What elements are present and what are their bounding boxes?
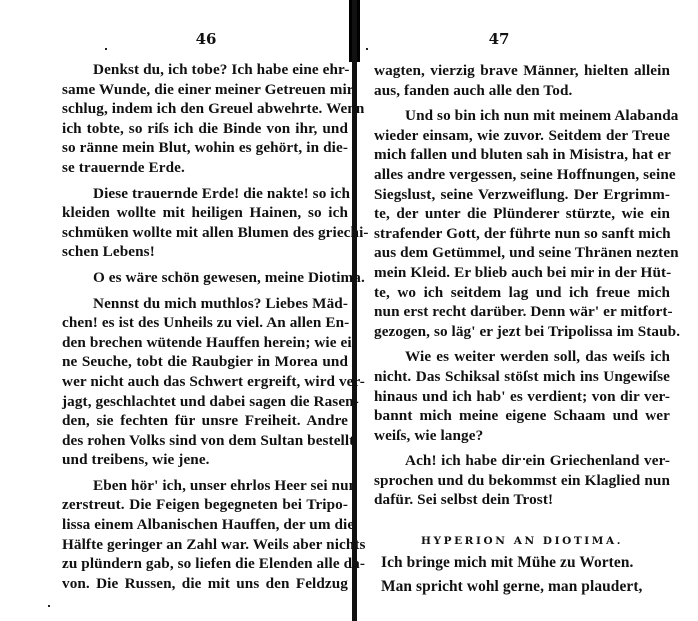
left-page-body: Denkst du, ich tobe? Ich habe eine ehr- … (62, 60, 348, 593)
text-line: zu plündern gab, so liefen die Elenden a… (62, 554, 348, 574)
verse-line: Ich bringe mich mit Mühe zu Worten. (374, 550, 670, 574)
text-line: den brechen wütende Hauffen herein; wie … (62, 333, 348, 353)
paragraph: Diese trauernde Erde! die nakte! so ich … (62, 184, 348, 262)
right-page-body: wagten, vierzig brave Männer, hielten al… (374, 61, 670, 598)
text-line: Ach! ich habe dir ein Griechenland ver- (374, 451, 670, 471)
text-line: Nennst du mich muthlos? Liebes Mäd- (62, 294, 348, 314)
text-line: strafender Gott, der führte nun so sanft… (374, 224, 670, 244)
paragraph: Ach! ich habe dir ein Griechenland ver- … (374, 451, 670, 510)
paragraph: Und so bin ich nun mit meinem Alabanda w… (374, 106, 670, 341)
text-line: jagt, geschlachtet und dabei sagen die R… (62, 392, 348, 412)
text-line: ne Seuche, tobt die Raubgier in Morea un… (62, 352, 348, 372)
text-line: zerstreut. Die Feigen begegneten bei Tri… (62, 495, 348, 515)
text-line: den, sie fechten für unsre Freiheit. And… (62, 411, 348, 431)
text-line: alles andre vergessen, seine Hoffnungen,… (374, 165, 670, 185)
text-line: wagten, vierzig brave Männer, hielten al… (374, 61, 670, 81)
text-line: bannt mich meine eigene Schaam und wer (374, 406, 670, 426)
paragraph: Wie es weiter werden soll, das weiſs ich… (374, 347, 670, 445)
text-line: gezogen, so läg' er jezt bei Tripolissa … (374, 322, 670, 342)
scan-speck (48, 605, 50, 607)
text-line: Hälfte geringer an Zahl war. Weils aber … (62, 535, 348, 555)
text-line: wer nicht auch das Schwert ergreift, wir… (62, 372, 348, 392)
text-line: schen Lebens! (62, 242, 348, 262)
section-heading: HYPERION AN DIOTIMA. (374, 528, 670, 550)
text-line: chen! es ist des Unheils zu viel. An all… (62, 313, 348, 333)
text-line: O es wäre schön gewesen, meine Diotima. (62, 268, 348, 288)
paragraph: Denkst du, ich tobe? Ich habe eine ehr- … (62, 60, 348, 178)
text-line: aus, fanden auch alle den Tod. (374, 81, 670, 101)
text-line: wieder einsam, wie zuvor. Seitdem der Tr… (374, 126, 670, 146)
text-line: same Wunde, die einer meiner Getreuen mi… (62, 80, 348, 100)
text-line: mich fallen und bluten sah in Misistra, … (374, 145, 670, 165)
right-page: 47 wagten, vierzig brave Männer, hielten… (358, 0, 698, 621)
text-line: nun erst recht darüber. Denn wär' er mit… (374, 302, 670, 322)
paragraph: O es wäre schön gewesen, meine Diotima. (62, 268, 348, 288)
text-line: hinaus und ich hab' es verdient; von dir… (374, 387, 670, 407)
text-line: des rohen Volks sind von dem Sultan best… (62, 431, 348, 451)
page-number-right: 47 (479, 30, 519, 48)
text-line: lissa einem Albanischen Hauffen, der um … (62, 515, 348, 535)
paragraph: Eben hör' ich, unser ehrlos Heer sei nun… (62, 476, 348, 594)
text-line: weiſs, wie lange? (374, 426, 670, 446)
text-line: Wie es weiter werden soll, das weiſs ich (374, 347, 670, 367)
text-line: schmüken wollte mit allen Blumen des gri… (62, 223, 348, 243)
paragraph: wagten, vierzig brave Männer, hielten al… (374, 61, 670, 100)
text-line: mein Kleid. Er blieb auch bei mir in der… (374, 263, 670, 283)
page-number-left: 46 (186, 30, 226, 48)
verse-line: Man spricht wohl gerne, man plaudert, (374, 574, 670, 598)
text-line: von. Die Russen, die mit uns den Feldzug (62, 574, 348, 594)
scan-speck (366, 48, 368, 50)
scan-speck (105, 48, 107, 50)
text-line: schlug, indem ich den Greuel abwehrte. W… (62, 99, 348, 119)
left-page: 46 Denkst du, ich tobe? Ich habe eine eh… (0, 0, 352, 621)
text-line: sprochen und du bekommst ein Klaglied nu… (374, 471, 670, 491)
text-line: te, der unter die Plünderer stürzte, wie… (374, 204, 670, 224)
text-line: nicht. Das Schiksal stöſst mich ins Unge… (374, 367, 670, 387)
text-line: dafür. Sei selbst dein Trost! (374, 490, 670, 510)
text-line: Diese trauernde Erde! die nakte! so ich (62, 184, 348, 204)
book-spine (352, 0, 357, 621)
text-line: Und so bin ich nun mit meinem Alabanda (374, 106, 670, 126)
text-line: aus dem Getümmel, und seine Thränen nezt… (374, 243, 670, 263)
text-line: ich tobte, so riſs ich die Binde von ihr… (62, 119, 348, 139)
text-line: Eben hör' ich, unser ehrlos Heer sei nun (62, 476, 348, 496)
text-line: kleiden wollte mit heiligen Hainen, so i… (62, 203, 348, 223)
text-line: Denkst du, ich tobe? Ich habe eine ehr- (62, 60, 348, 80)
scan-speck (523, 458, 525, 460)
text-line: so ränne mein Blut, wohin es gehört, in … (62, 138, 348, 158)
text-line: se trauernde Erde. (62, 158, 348, 178)
text-line: te, wo ich seitdem lag und ich freue mic… (374, 283, 670, 303)
paragraph: Nennst du mich muthlos? Liebes Mäd- chen… (62, 294, 348, 470)
text-line: und treibens, wie jene. (62, 450, 348, 470)
text-line: Siegslust, seine Verzweiflung. Der Ergri… (374, 185, 670, 205)
